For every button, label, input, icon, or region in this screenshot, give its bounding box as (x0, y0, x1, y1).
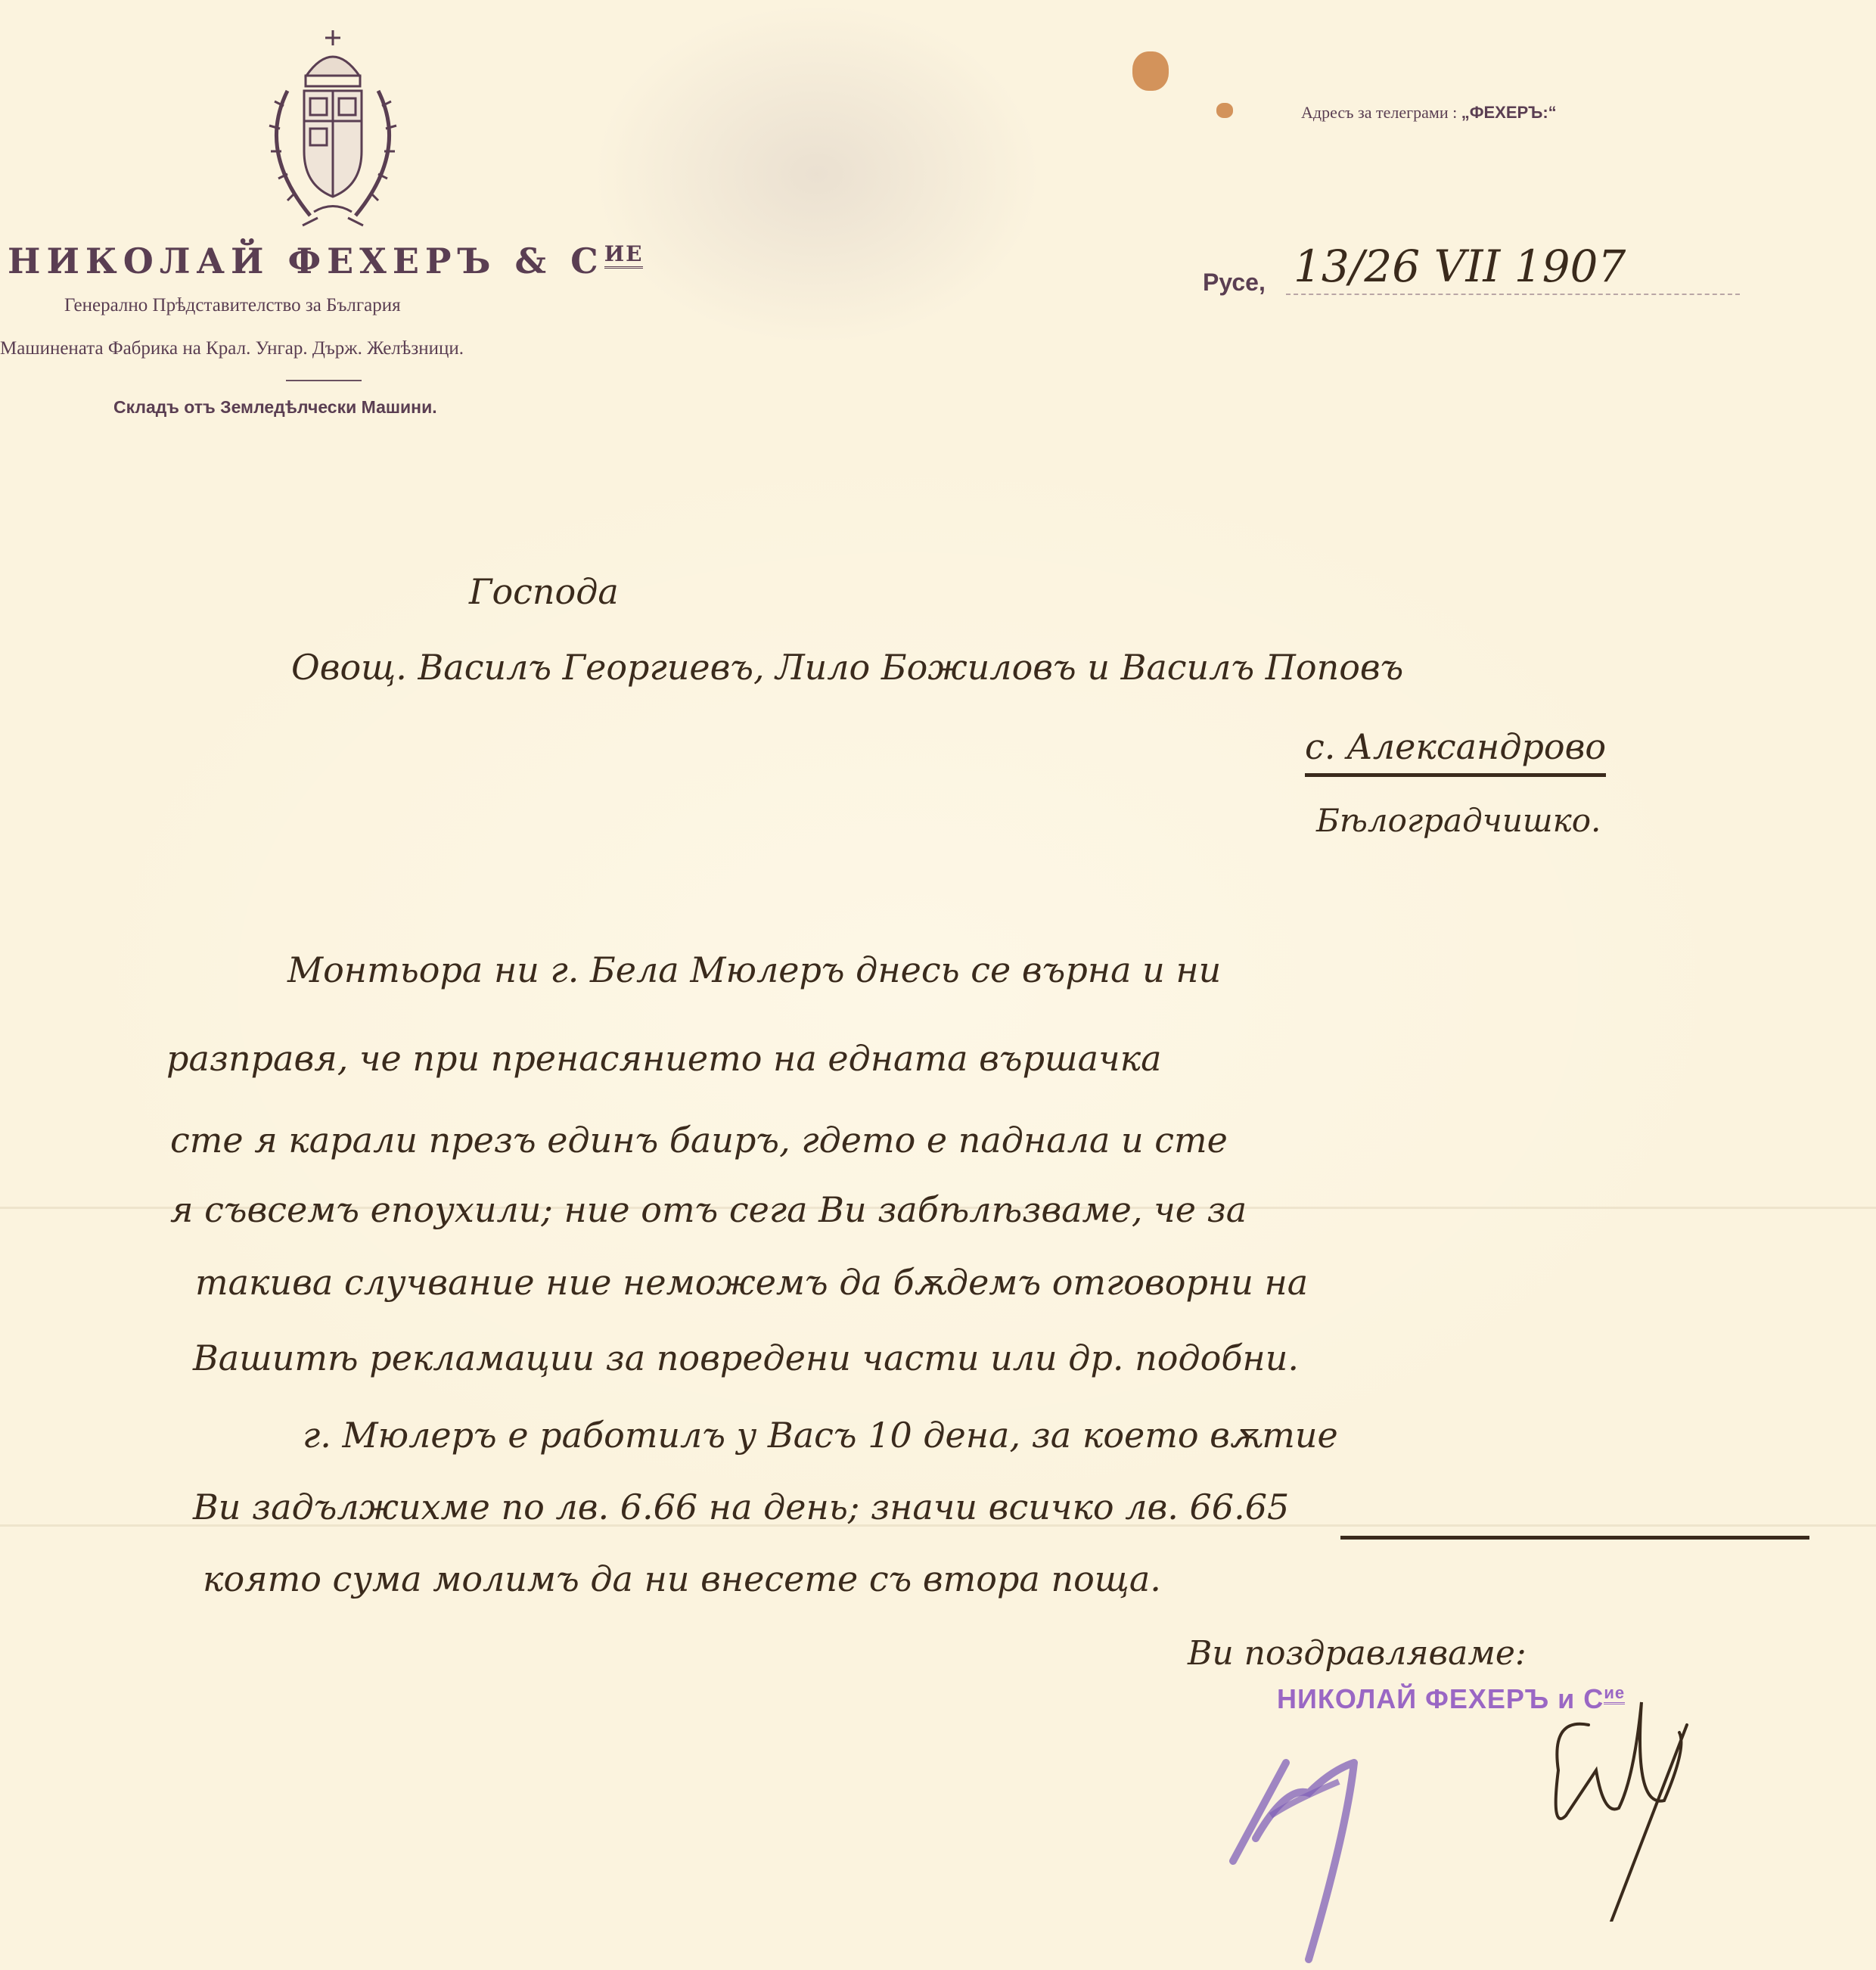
firm-name: НИКОЛАЙ ФЕХЕРЪ & СИЕ (8, 241, 643, 281)
body-line: Вашитѣ рекламации за повредени части или… (193, 1338, 1299, 1378)
body-line: Ви задължихме по лв. 6.66 на день; значи… (193, 1487, 1289, 1527)
factory-line: Машинената Фабрика на Крал. Унгар. Държ.… (0, 338, 464, 359)
violet-signature-icon (1225, 1717, 1422, 1967)
recipient-district: Бѣлоградчишко. (1316, 802, 1601, 839)
body-line: такива случвание ние неможемъ да бѫдемъ … (195, 1262, 1308, 1303)
body-line: сте я карали презъ единъ баиръ, гдето е … (170, 1120, 1228, 1161)
body-line: я съвсемъ епоухили; ние отъ сега Ви забѣ… (170, 1189, 1247, 1230)
body-line: Монтьора ни г. Бела Мюлеръ днесь се върн… (287, 949, 1221, 990)
salutation: Господа (469, 571, 619, 612)
body-line: разправя, че при пренасянието на едната … (166, 1038, 1162, 1079)
divider (286, 380, 362, 381)
warehouse-line: Складъ отъ Земледѣлчески Машини. (113, 397, 437, 418)
ink-signature-icon (1543, 1687, 1710, 1922)
recipient-village: с. Александрово (1305, 726, 1606, 777)
closing-greeting: Ви поздравляваме: (1188, 1634, 1527, 1673)
rust-stain (1216, 103, 1233, 118)
place-label: Русе, (1203, 269, 1266, 297)
coat-of-arms-icon (242, 23, 424, 227)
body-line: която сума молимъ да ни внесете съ втора… (203, 1558, 1161, 1599)
date-dotted-line (1286, 294, 1740, 295)
letter-date: 13/26 VII 1907 (1294, 241, 1626, 292)
rust-stain (1132, 51, 1169, 91)
amount-underline (1340, 1536, 1809, 1540)
telegram-address: Адресъ за телеграми : „ФЕХЕРЪ:“ (1301, 103, 1557, 123)
recipient-names: Овощ. Василъ Георгиевъ, Лило Божиловъ и … (291, 647, 1403, 688)
body-line: г. Мюлеръ е работилъ у Васъ 10 дена, за … (303, 1415, 1338, 1456)
representation-line: Генерално Прѣдставителство за България (64, 295, 401, 316)
